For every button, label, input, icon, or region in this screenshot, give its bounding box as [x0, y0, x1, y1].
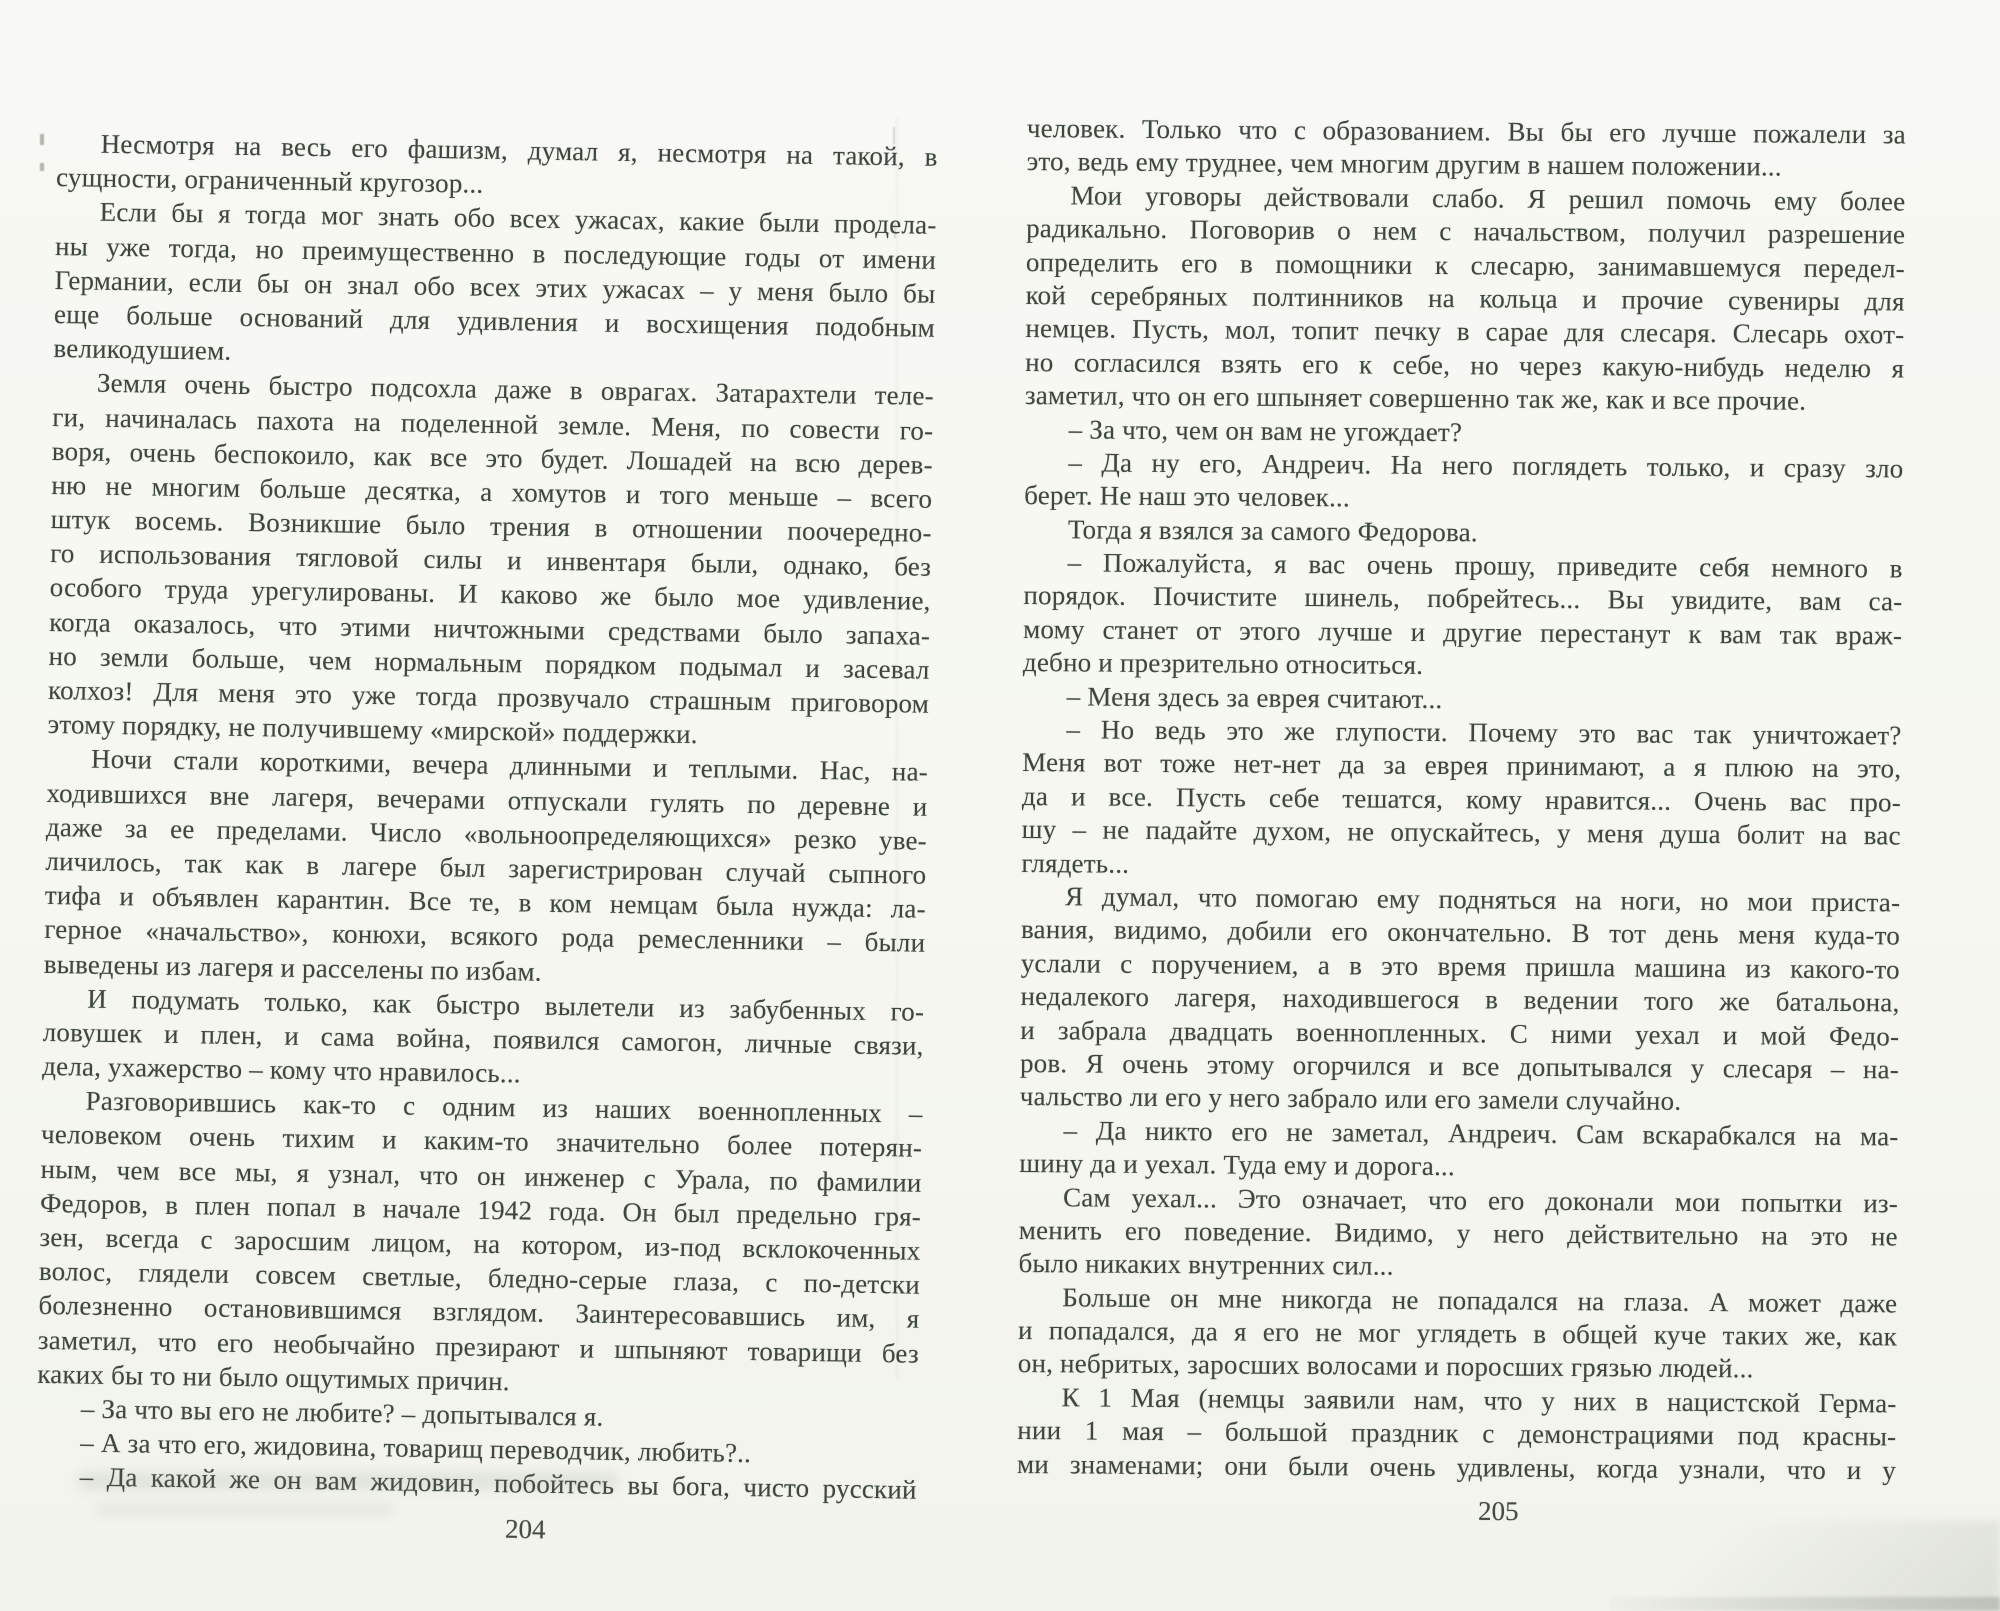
- scan-speck: [893, 127, 895, 144]
- scan-speck: [40, 163, 44, 171]
- scan-edge-strip: [1610, 1597, 2000, 1611]
- print-smudge: [95, 1502, 395, 1516]
- left-page-text: Несмотря на весь его фашизм, думал я, не…: [36, 126, 938, 1507]
- print-smudge: [78, 1472, 618, 1490]
- right-page-number: 205: [1478, 1496, 1519, 1527]
- right-page-text: человек. Только что с образованием. Вы б…: [1017, 112, 1906, 1487]
- text-line: шу – не падайте духом, не опускайтесь, у…: [1022, 813, 1901, 853]
- text-line: ми знаменами; они были очень удивлены, к…: [1017, 1448, 1896, 1488]
- scan-speck: [40, 134, 44, 145]
- book-scan: Несмотря на весь его фашизм, думал я, не…: [0, 0, 2000, 1611]
- scan-speck: [894, 223, 896, 238]
- left-page-number: 204: [505, 1514, 546, 1546]
